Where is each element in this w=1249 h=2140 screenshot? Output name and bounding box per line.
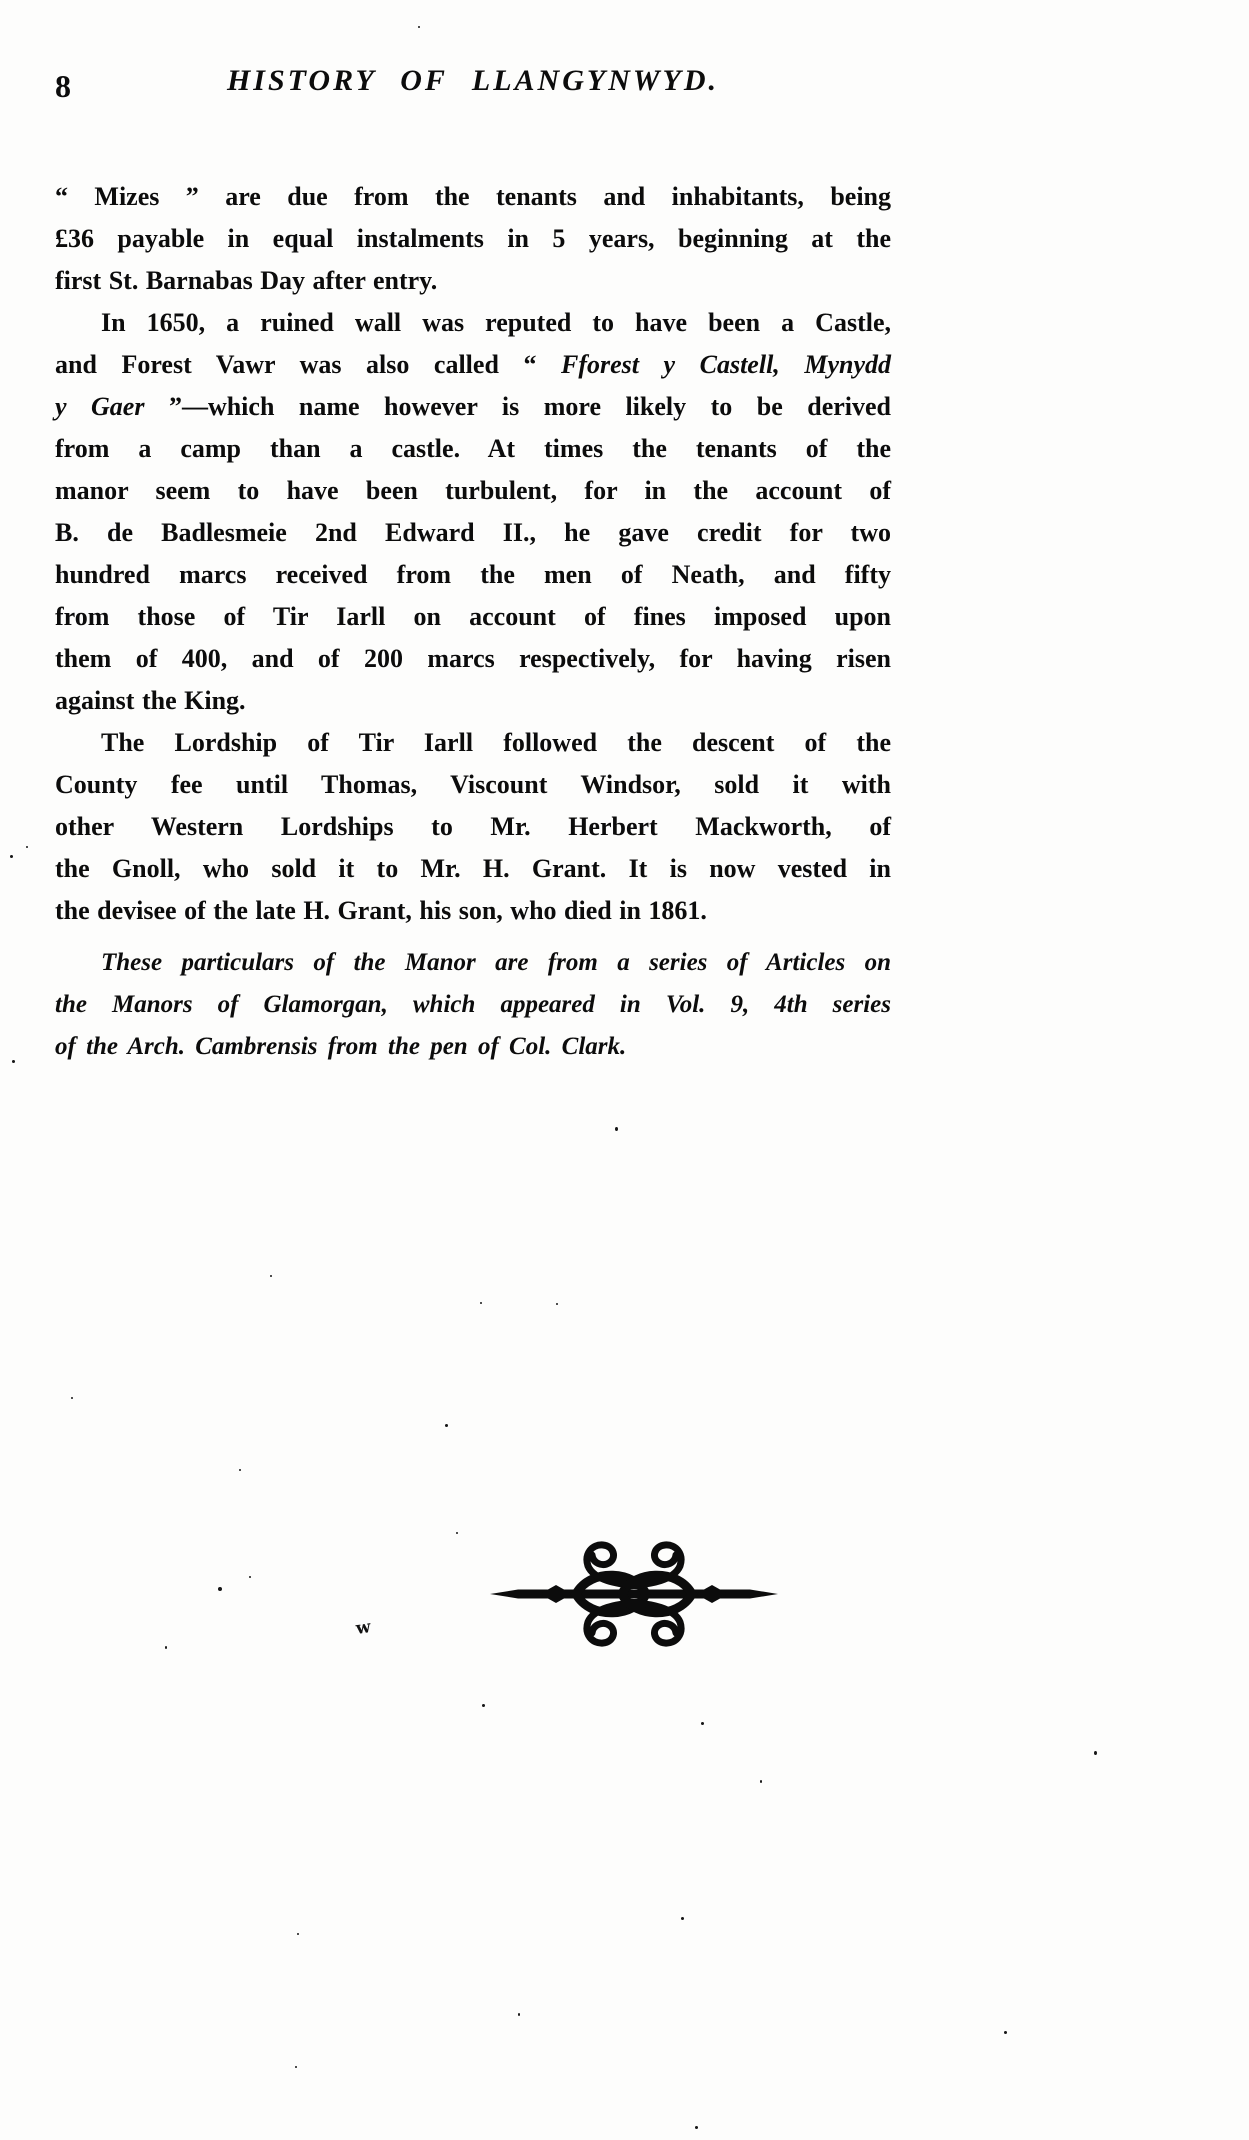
text-line: These particulars of the Manor are from … (55, 942, 891, 984)
ink-speck (760, 1780, 762, 1783)
text-run: first St. Barnabas Day after entry. (55, 266, 437, 295)
ink-speck (26, 846, 28, 848)
ink-speck (701, 1722, 704, 1725)
ink-speck (239, 1469, 241, 1471)
text-run-italic: the Manors of Glamorgan, which appeared … (55, 991, 891, 1018)
text-run-italic: Fforest y Castell, Mynydd (561, 350, 891, 379)
text-run: them of 400, and of 200 marcs respective… (55, 644, 891, 673)
page-header: 8 HISTORY OF LLANGYNWYD. (55, 64, 891, 108)
paragraph-3: The Lordship of Tir Iarll followed the d… (55, 722, 891, 932)
text-run: B. de Badlesmeie 2nd Edward II., he gave… (55, 518, 891, 547)
text-run: other Western Lordships to Mr. Herbert M… (55, 812, 891, 841)
text-line: “ Mizes ” are due from the tenants and i… (55, 176, 891, 218)
book-page: 8 HISTORY OF LLANGYNWYD. “ Mizes ” are d… (0, 0, 1249, 2140)
ink-speck (556, 1303, 558, 1305)
text-line: County fee until Thomas, Viscount Windso… (55, 764, 891, 806)
ink-speck (445, 1424, 448, 1427)
paragraph-1: “ Mizes ” are due from the tenants and i… (55, 176, 891, 302)
ink-speck (71, 1397, 73, 1399)
ink-speck (1094, 1751, 1097, 1755)
text-line: from those of Tir Iarll on account of fi… (55, 596, 891, 638)
fleuron-divider-icon (488, 1536, 780, 1652)
ink-speck (482, 1704, 485, 1707)
text-line: them of 400, and of 200 marcs respective… (55, 638, 891, 680)
text-run: the devisee of the late H. Grant, his so… (55, 896, 707, 925)
text-line: and Forest Vawr was also called “ Ffores… (55, 344, 891, 386)
ink-speck (418, 26, 420, 28)
text-line: £36 payable in equal instalments in 5 ye… (55, 218, 891, 260)
ink-speck-squiggle: w (355, 1617, 372, 1639)
text-run: £36 payable in equal instalments in 5 ye… (55, 224, 891, 253)
ink-speck (456, 1532, 458, 1534)
text-run: against the King. (55, 686, 246, 715)
text-line: manor seem to have been turbulent, for i… (55, 470, 891, 512)
text-line: the Manors of Glamorgan, which appeared … (55, 984, 891, 1026)
text-line: the devisee of the late H. Grant, his so… (55, 890, 891, 932)
ink-speck (681, 1917, 684, 1920)
text-line: the Gnoll, who sold it to Mr. H. Grant. … (55, 848, 891, 890)
text-line: against the King. (55, 680, 891, 722)
ink-speck (270, 1275, 272, 1277)
ink-speck (295, 2066, 297, 2068)
text-run-italic: These particulars of the Manor are from … (101, 949, 891, 976)
text-run: hundred marcs received from the men of N… (55, 560, 891, 589)
ink-speck (249, 1576, 251, 1578)
ink-speck (1004, 2031, 1007, 2034)
text-run: the Gnoll, who sold it to Mr. H. Grant. … (55, 854, 891, 883)
text-line: other Western Lordships to Mr. Herbert M… (55, 806, 891, 848)
text-line: hundred marcs received from the men of N… (55, 554, 891, 596)
text-line: y Gaer ”—which name however is more like… (55, 386, 891, 428)
paragraph-4-note: These particulars of the Manor are from … (55, 942, 891, 1068)
text-line: B. de Badlesmeie 2nd Edward II., he gave… (55, 512, 891, 554)
text-line: from a camp than a castle. At times the … (55, 428, 891, 470)
ink-speck (695, 2126, 698, 2129)
ink-speck (12, 1060, 15, 1063)
text-run-italic: y Gaer (55, 392, 144, 421)
ink-speck (218, 1587, 222, 1591)
text-run: manor seem to have been turbulent, for i… (55, 476, 891, 505)
body-text: “ Mizes ” are due from the tenants and i… (55, 176, 891, 1068)
text-run: ”—which name however is more likely to b… (144, 392, 891, 421)
page-header-title: HISTORY OF LLANGYNWYD. (55, 64, 891, 98)
text-line: In 1650, a ruined wall was reputed to ha… (55, 302, 891, 344)
text-line: The Lordship of Tir Iarll followed the d… (55, 722, 891, 764)
text-line: of the Arch. Cambrensis from the pen of … (55, 1026, 891, 1068)
text-run: In 1650, a ruined wall was reputed to ha… (101, 308, 891, 337)
text-run: “ Mizes ” are due from the tenants and i… (55, 182, 891, 211)
text-line: first St. Barnabas Day after entry. (55, 260, 891, 302)
ink-speck (10, 855, 13, 858)
text-run: County fee until Thomas, Viscount Windso… (55, 770, 891, 799)
text-run: The Lordship of Tir Iarll followed the d… (101, 728, 891, 757)
paragraph-2: In 1650, a ruined wall was reputed to ha… (55, 302, 891, 722)
ink-speck (615, 1127, 618, 1131)
text-run-italic: of the Arch. Cambrensis from the pen of … (55, 1033, 626, 1060)
ink-speck (165, 1646, 167, 1649)
ink-speck (297, 1933, 299, 1935)
text-run: and Forest Vawr was also called “ (55, 350, 561, 379)
ink-speck (518, 2013, 520, 2016)
text-run: from those of Tir Iarll on account of fi… (55, 602, 891, 631)
ink-speck (480, 1302, 482, 1304)
text-run: from a camp than a castle. At times the … (55, 434, 891, 463)
